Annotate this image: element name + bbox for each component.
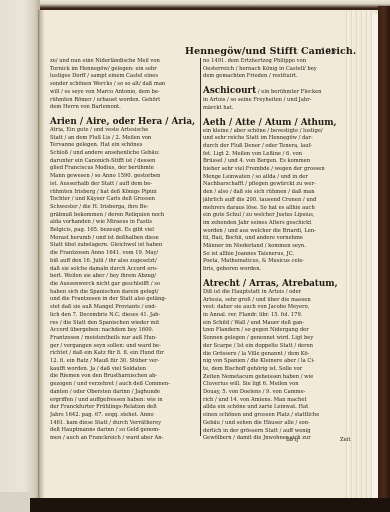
- text-line: rich / und 14. von Amiens. Man machet: [203, 397, 354, 405]
- text-line: glied Franciscus Modius, der berühmte: [50, 165, 202, 173]
- text-line: dem gemachten Frieden / restituirt.: [203, 73, 354, 81]
- text-line: ein kleine / aber schöne / bevestigte / …: [203, 128, 354, 136]
- section-body-arien: Atria, Ein gute / und veste ArtesischeSt…: [50, 127, 202, 443]
- text-line: Frantzosen / meistentheils nur auß Hun-: [50, 335, 202, 343]
- text-line: allda ein schöne und zarte Leinwat. Hat: [203, 404, 354, 412]
- text-line: ergriffen / und auffgefressen haben: wie…: [50, 397, 202, 405]
- text-line: no 1491. dem Ertzhertzog Philippo von: [203, 58, 354, 66]
- text-line: dem Herrn von Barlemont.: [50, 104, 202, 112]
- section-body: ein kleine / aber schöne / bevestigte / …: [203, 128, 354, 274]
- section-heading-suffix: / ein berühmter Flecken: [256, 89, 321, 95]
- text-line: gräbnuß bekommen / deren Reliquien noch: [50, 212, 202, 220]
- text-line: alda vorhanden / wie Miraeus in Fastis: [50, 219, 202, 227]
- text-line: fet. Ligt 2. Meilen von Leßine / 6. von: [203, 151, 354, 159]
- text-line: in Artois / so seine Freyheiten / und Ja…: [203, 97, 354, 105]
- text-line: rühmten Römer / erbauet worden. Gehört: [50, 97, 202, 105]
- text-line: Gewölbern / damit die Jnwohner sich zur: [203, 435, 354, 443]
- text-line: Tervanne gelegen. Hat ein schönes: [50, 142, 202, 150]
- text-line: einen schönen und grossen Platz / stattl…: [203, 412, 354, 420]
- text-line: Mann gewesen / so Anno 1590. gestorben: [50, 173, 202, 181]
- text-line: darunter ein Canonich-Stifft ist / desse…: [50, 158, 202, 166]
- text-line: ein gute Schul / zu welcher Justus Lipsi…: [203, 212, 354, 220]
- text-line: hieher sehr viel Frembde / wegen der gro…: [203, 166, 354, 174]
- book-cover-bottom-edge: [30, 498, 390, 512]
- facing-page-corner: [0, 492, 30, 512]
- section-heading: Atrecht / Arras, Atrebatum,: [203, 279, 354, 289]
- text-line: Brüssel / und 4. von Bergen. Es kommen: [203, 158, 354, 166]
- text-line: im zehenden Jahr seines Alters geschickt: [203, 220, 354, 228]
- text-line: haben sich die Spanischen darein gelegt/: [50, 289, 202, 297]
- text-line: mehrers daraus löse. So hat es allhie au…: [203, 205, 354, 213]
- right-sections: Aschicourt / ein berühmter Fleckenin Art…: [203, 86, 354, 443]
- text-line: und sehr reiche Statt im Hennegöw / dar-: [203, 135, 354, 143]
- text-line: Atria, Ein gute / und veste Artesische: [50, 127, 202, 135]
- text-line: Cluverius will. Sie ligt 6. Meilen von: [203, 381, 354, 389]
- text-line: ist. Ausserhalb der Statt / auff dem be-: [50, 181, 202, 189]
- text-line: Morast herumb / und ist deßhalben diese: [50, 235, 202, 243]
- text-line: Menge Leinwaten / so allda / und in der: [203, 174, 354, 182]
- right-intro: no 1491. dem Ertzhertzog Philippo vonOes…: [203, 58, 354, 81]
- section-body: Diß ist die Hauptstatt in Artois / oderA…: [203, 289, 354, 443]
- text-line: Männer im Niederland / kommen seyn.: [203, 243, 354, 251]
- text-line: Accord übergeben: nachdem bey 1600.: [50, 327, 202, 335]
- text-line: Douay, 5. von Doelens / 9. von Camme-: [203, 389, 354, 397]
- text-line: tii, Baii, Bochii, und andere vornehme: [203, 235, 354, 243]
- left-column: ze/ und nun eine Niderländische Meil von…: [50, 58, 202, 443]
- facing-page-left: [0, 0, 40, 512]
- text-line: Oesterreich / hernach König in Castell/ …: [203, 66, 354, 74]
- text-line: in Annal. rer. Flandr. libr. 15. fol. 17…: [203, 312, 354, 320]
- text-line: vest: daher sie auch von Jacobo Meyero,: [203, 304, 354, 312]
- text-line: 12. fl. ein Ratz / Mauß für 30. Stüber v…: [50, 358, 202, 366]
- text-line: und die Frantzosen in der Statt also get…: [50, 296, 202, 304]
- section-body: in Artois / so seine Freyheiten / und Ja…: [203, 97, 354, 112]
- text-line: bris, geboren worden.: [203, 266, 354, 274]
- text-line: men / auch an Franckreich / ward aber An…: [50, 435, 202, 443]
- text-line: tzen Flandern / so gegen Nidergang der: [203, 327, 354, 335]
- text-line: Statt übel zubelagern. Gleichwol ist hab…: [50, 242, 202, 250]
- page-header: Hennegöw/und Stifft Camerich. 195: [50, 46, 350, 58]
- text-line: ger / vergangen seyn sollen: und ward be…: [50, 343, 202, 351]
- text-line: Tochter / und Käyser Carls deß Grossen: [50, 196, 202, 204]
- signature-mark: Bb ij: [286, 437, 298, 443]
- text-line: die Frantzosen Anno 1641. vom 19. May/: [50, 250, 202, 258]
- text-line: die Grössere / la Ville genannt / dem Kö…: [203, 351, 354, 359]
- text-line: nig von Spanien / die Kleinere aber / la…: [203, 358, 354, 366]
- text-line: durch der Fluß Dener / oder Tenera, lauf…: [203, 143, 354, 151]
- text-line: Diß ist die Hauptstatt in Artois / oder: [203, 289, 354, 297]
- text-line: Gebäu / und sehen die Häuser alle / son-: [203, 420, 354, 428]
- text-line: gezogen / und verzehret / auch deß Comme…: [50, 381, 202, 389]
- right-column: no 1491. dem Ertzhertzog Philippo vonOes…: [203, 58, 354, 443]
- text-line: rühmten Irisberg / hat deß Königs Pipini: [50, 189, 202, 197]
- text-line: Tornick im Hennegöw/ gelegen: ein sehr: [50, 66, 202, 74]
- text-line: Zeiten Nemetacum geheissen haben / wie: [203, 374, 354, 382]
- text-line: Jahrs 1642. pag. 67. seqq. stehet. Anno: [50, 412, 202, 420]
- text-line: res / die Statt den Spanischen wieder mi…: [50, 320, 202, 328]
- text-line: Artesia, sehr groß / und über die massen: [203, 297, 354, 305]
- text-line: kaufft worden. Ja / daß viel Soldaten: [50, 366, 202, 374]
- text-line: So ist allhie Joannes Taisnerus, JC.: [203, 251, 354, 259]
- text-line: ein Schild / Wall / und Mauer deß gan-: [203, 320, 354, 328]
- text-line: lustiges Dorff / sampt einem Castel eine…: [50, 73, 202, 81]
- text-line: die Riemen von den Brustharnischen ab-: [50, 373, 202, 381]
- text-line: deß Hauptmanns darinn / so Geld genom-: [50, 427, 202, 435]
- text-line: biß auff den 16. Julii / ihr also zugese…: [50, 258, 202, 266]
- text-line: danten / oder Obersten darinn / Jaghunde: [50, 389, 202, 397]
- text-line: den / also / daß sie sich rühmen / daß m…: [203, 189, 354, 197]
- text-line: Sonnen gelegen / genennet wird. Ligt bey: [203, 335, 354, 343]
- section-heading: Aeth / Atte / Atum / Athum,: [203, 118, 354, 128]
- text-line: märckt hat.: [203, 105, 354, 113]
- text-line: Schloß / und andere ansehenliche Gebäu:: [50, 150, 202, 158]
- text-line: der Scarpe / Ist ein doppelte Statt / de…: [203, 343, 354, 351]
- left-intro: ze/ und nun eine Niderländische Meil von…: [50, 58, 202, 112]
- text-line: die Aussenwerck nicht gar geschleifft / …: [50, 281, 202, 289]
- text-line: Poeta, Mathematicus, & Musicus cele-: [203, 258, 354, 266]
- text-line: Schwester / die H. Irisberga, ihre Be-: [50, 204, 202, 212]
- text-line: worden / und aus welcher die Briardi, Le…: [203, 228, 354, 236]
- text-line: Statt / an dem Fluß Lis / 2. Meilen von: [50, 135, 202, 143]
- text-line: te, dem Bischoff gehörig ist. Solle vor: [203, 366, 354, 374]
- text-line: sonder schönen Wercks / so so alt/ daß m…: [50, 81, 202, 89]
- section-heading: Aschicourt / ein berühmter Flecken: [203, 86, 354, 97]
- text-line: Nachbarschafft / pflegen gewürckt zu wer…: [203, 181, 354, 189]
- catchword: Zeit: [340, 437, 350, 443]
- text-line: stet daß sie auß Mangel Proviants / end-: [50, 304, 202, 312]
- page-number: 195: [321, 47, 336, 56]
- text-line: richtet / daß ein Katz für 8. fl. ein Hu…: [50, 350, 202, 358]
- text-line: derlich in der grössern Statt / auff wen…: [203, 428, 354, 436]
- book-cover-right-edge: [378, 6, 390, 512]
- text-line: jährlich auff die 200. tausend Cronen / …: [203, 197, 354, 205]
- text-line: will / es seye von Marco Antonio, dem be…: [50, 89, 202, 97]
- section-heading-arien: Arien / Aire, oder Hera / Aria,: [50, 117, 202, 127]
- text-line: daß sie solche damaln durch Accord ero-: [50, 266, 202, 274]
- text-line: der Franckfurter Frühlings-Relation deß: [50, 404, 202, 412]
- text-line: bert. Weilen sie aber / bey ihrem Abzug/: [50, 273, 202, 281]
- text-line: 1461. kam diese Statt / durch Verräthere…: [50, 420, 202, 428]
- text-line: lich den 7. Decembris N.C. dieses 41. Ja…: [50, 312, 202, 320]
- text-line: ze/ und nun eine Niderländische Meil von: [50, 58, 202, 66]
- text-line: Belgicis, pag. 165. bezeugt. Es gibt vie…: [50, 227, 202, 235]
